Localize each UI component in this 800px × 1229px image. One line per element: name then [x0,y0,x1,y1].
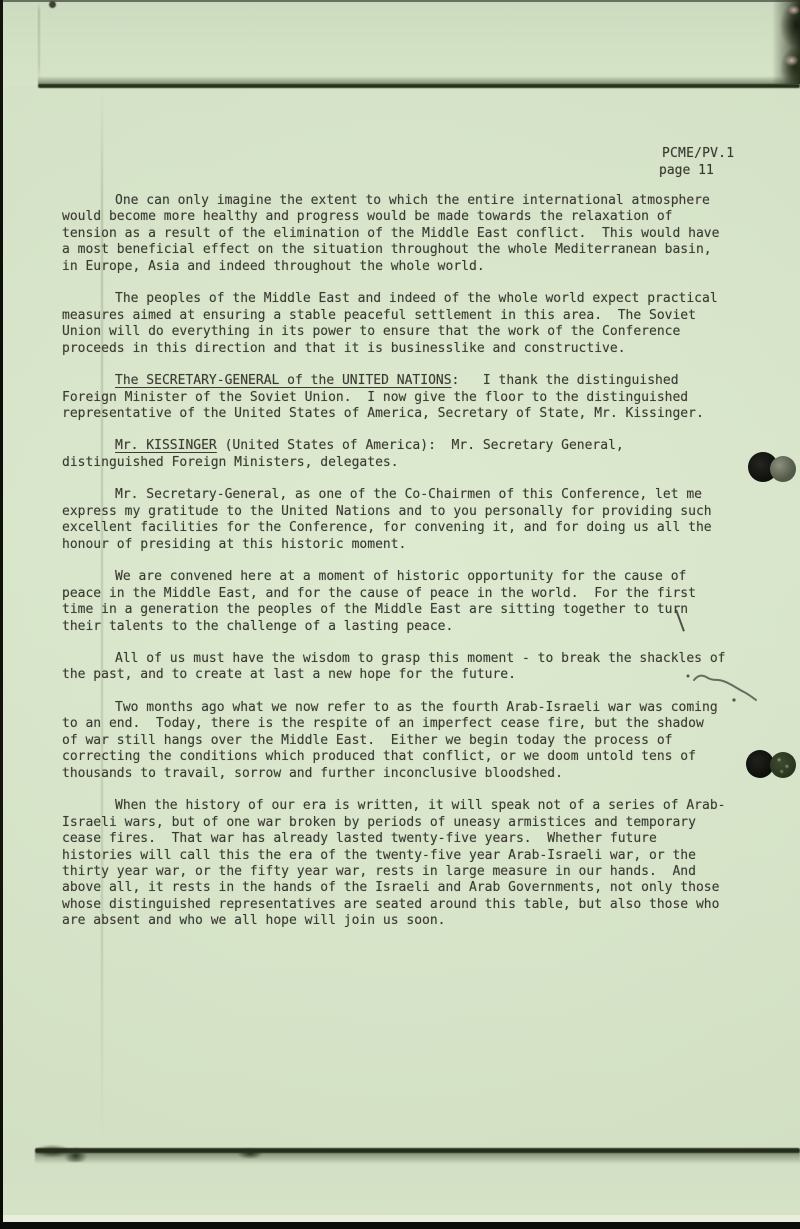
paragraph-text: Two months ago what we now refer to as t… [62,700,725,781]
scan-left-black-edge [0,0,3,1229]
document-body: One can only imagine the extent to which… [62,193,726,946]
ink-dot-green-2 [770,752,796,778]
document-header: PCME/PV.1 page 11 [662,146,782,179]
document-reference: PCME/PV.1 [662,146,782,163]
paragraph-text: We are convened here at a moment of hist… [62,569,704,633]
paragraph: We are convened here at a moment of hist… [62,569,726,635]
paragraph-text: All of us must have the wisdom to grasp … [62,651,733,682]
scan-top-edge [0,0,800,2]
torn-edge-bottom [35,1142,800,1164]
paragraph: All of us must have the wisdom to grasp … [62,651,726,684]
paragraph: When the history of our era is written, … [62,798,726,930]
scanned-document-page: PCME/PV.1 page 11 One can only imagine t… [0,0,800,1229]
torn-edge-top [38,74,800,88]
paragraph: The peoples of the Middle East and indee… [62,291,726,357]
speaker-name: Mr. KISSINGER [115,438,217,453]
paragraph: One can only imagine the extent to which… [62,193,726,275]
paragraph-text: One can only imagine the extent to which… [62,193,727,274]
paper-bottom-edge-strip [3,1215,800,1222]
fold-crease-top [38,2,40,82]
scan-bottom-black-edge [0,1222,800,1229]
paragraph-text: Mr. Secretary-General, as one of the Co-… [62,487,719,551]
paragraph-text: The peoples of the Middle East and indee… [62,291,725,355]
paragraph: Mr. KISSINGER (United States of America)… [62,438,726,471]
page-number: page 11 [659,163,782,180]
speaker-name: The SECRETARY-GENERAL of the UNITED NATI… [115,373,452,388]
paragraph: The SECRETARY-GENERAL of the UNITED NATI… [62,373,726,422]
paragraph: Mr. Secretary-General, as one of the Co-… [62,487,726,553]
ink-speck [49,1,56,8]
ink-dot-grey-1 [770,456,796,482]
paragraph: Two months ago what we now refer to as t… [62,700,726,782]
scan-top-right-dark-corner [772,0,800,84]
paragraph-text: When the history of our era is written, … [62,798,727,928]
